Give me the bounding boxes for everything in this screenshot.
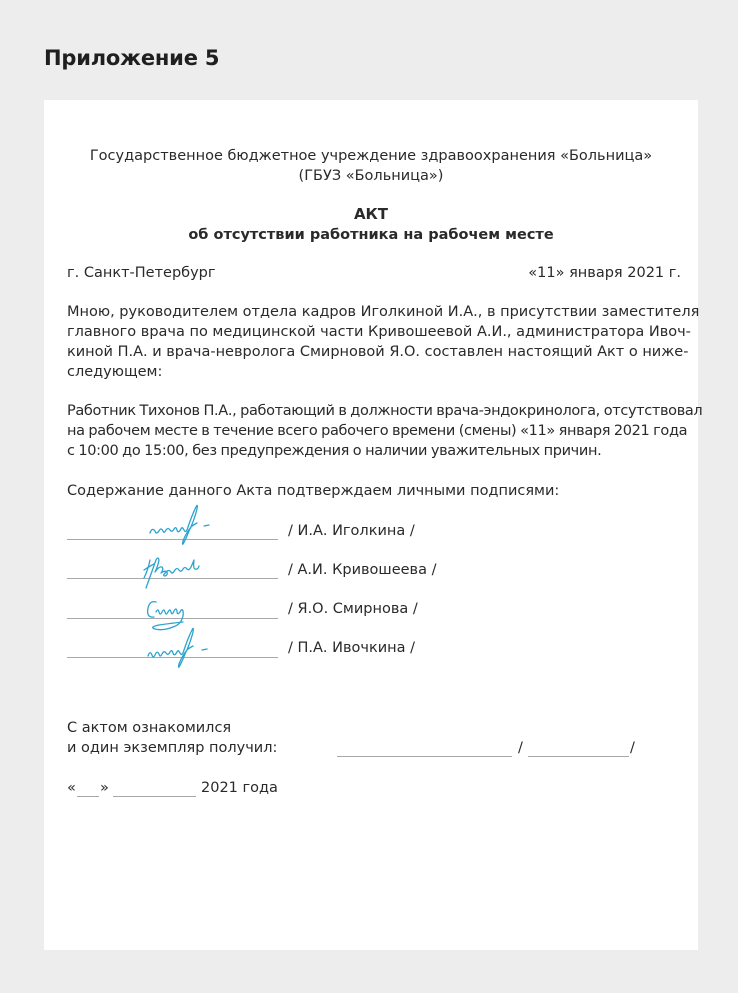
- city: г. Санкт-Петербург: [67, 263, 216, 283]
- signatory-name: / Я.О. Смирнова /: [288, 599, 418, 619]
- document-date: «11» января 2021 г.: [528, 263, 681, 283]
- signatory-name: / И.А. Иголкина /: [288, 521, 415, 541]
- appendix-title: Приложение 5: [44, 46, 219, 70]
- absence-line: с 10:00 до 15:00, без предупреждения о н…: [67, 441, 681, 461]
- absence-line: на рабочем месте в течение всего рабочег…: [67, 421, 681, 441]
- employee-name-line[interactable]: [528, 756, 629, 757]
- date-open-quote: «: [67, 778, 76, 798]
- separator-slash: /: [630, 738, 635, 758]
- absence-line: Работник Тихонов П.А., работающий в долж…: [67, 401, 681, 421]
- intro-line: следующем:: [67, 362, 681, 382]
- date-year: 2021 года: [201, 778, 278, 798]
- document-title: АКТ: [44, 204, 698, 224]
- intro-line: киной П.А. и врача-невролога Смирновой Я…: [67, 342, 681, 362]
- signatory-name: / А.И. Кривошеева /: [288, 560, 436, 580]
- intro-line: главного врача по медицинской части Крив…: [67, 322, 681, 342]
- organization-name: Государственное бюджетное учреждение здр…: [44, 146, 698, 166]
- document-sheet: Государственное бюджетное учреждение здр…: [44, 100, 698, 950]
- signatory-name: / П.А. Ивочкина /: [288, 638, 415, 658]
- intro-line: Мною, руководителем отдела кадров Иголки…: [67, 302, 681, 322]
- acknowledgement-line1: С актом ознакомился: [67, 718, 231, 738]
- day-field-line[interactable]: [77, 796, 99, 797]
- absence-paragraph: Работник Тихонов П.А., работающий в долж…: [67, 401, 681, 461]
- document-subtitle: об отсутствии работника на рабочем месте: [44, 225, 698, 245]
- employee-signature-line[interactable]: [337, 756, 512, 757]
- acknowledgement-line2: и один экземпляр получил:: [67, 738, 277, 758]
- organization-abbreviation: (ГБУЗ «Больница»): [44, 166, 698, 186]
- month-field-line[interactable]: [113, 796, 196, 797]
- date-close-quote: »: [100, 778, 109, 798]
- separator-slash: /: [518, 738, 523, 758]
- intro-paragraph: Мною, руководителем отдела кадров Иголки…: [67, 302, 681, 382]
- handwritten-signature-icon: [142, 628, 252, 678]
- confirmation-text: Содержание данного Акта подтверждаем лич…: [67, 481, 559, 501]
